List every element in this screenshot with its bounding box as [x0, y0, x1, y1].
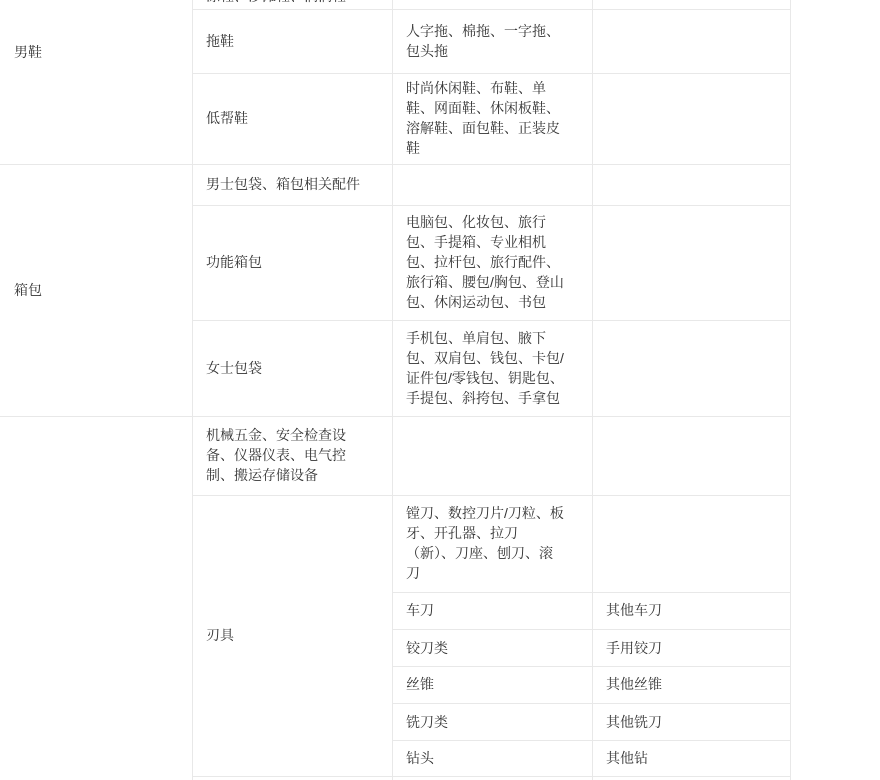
grid-line-h	[392, 703, 790, 704]
cell-cat2-cutting-tools: 刃具	[206, 625, 234, 645]
cell-cat3-slipper-types: 人字拖、棉拖、一字拖、 包头拖	[406, 21, 560, 61]
cell-cat3-milling-cutters: 铣刀类	[406, 712, 448, 732]
cell-cat1-luggage-bags: 箱包	[14, 280, 42, 300]
cell-cat2-womens-bags: 女士包袋	[206, 358, 262, 378]
category-table: 男鞋 箱包 凉鞋、沙滩鞋、洞洞鞋 拖鞋 人字拖、棉拖、一字拖、 包头拖 低帮鞋 …	[0, 0, 880, 780]
cell-cat3-low-top-types: 时尚休闲鞋、布鞋、单 鞋、网面鞋、休闲板鞋、 溶解鞋、面包鞋、正装皮 鞋	[406, 78, 560, 158]
grid-line-h	[192, 205, 790, 206]
cell-cat3-drill-bits: 钻头	[406, 748, 434, 768]
grid-line-v-col2	[392, 0, 393, 780]
cell-cat3-boring-tools: 镗刀、数控刀片/刀粒、板 牙、开孔器、拉刀 （新）、刀座、刨刀、滚 刀	[406, 503, 564, 583]
grid-line-h	[392, 740, 790, 741]
grid-line-h	[192, 776, 790, 777]
grid-line-v-right	[790, 0, 791, 780]
cell-cat4-other-drills: 其他钻	[606, 748, 648, 768]
cell-cat4-other-taps: 其他丝锥	[606, 674, 662, 694]
cell-cat3-reamers: 铰刀类	[406, 638, 448, 658]
cell-cat4-other-turning-tools: 其他车刀	[606, 600, 662, 620]
grid-line-h-section	[0, 164, 790, 165]
grid-line-h	[392, 629, 790, 630]
grid-line-h	[192, 73, 790, 74]
cell-cat4-hand-reamers: 手用铰刀	[606, 638, 662, 658]
cell-cat3-functional-bag-types: 电脑包、化妆包、旅行 包、手提箱、专业相机 包、拉杆包、旅行配件、 旅行箱、腰包…	[406, 212, 564, 312]
cell-cat4-other-milling-cutters: 其他铣刀	[606, 712, 662, 732]
cell-cat2-partial-top: 凉鞋、沙滩鞋、洞洞鞋	[206, 0, 346, 6]
cell-cat3-turning-tools: 车刀	[406, 600, 434, 620]
cell-cat2-low-top-shoes: 低帮鞋	[206, 108, 248, 128]
grid-line-h-section	[0, 416, 790, 417]
grid-line-h	[192, 9, 790, 10]
grid-line-h	[392, 666, 790, 667]
grid-line-v-col3	[592, 0, 593, 780]
grid-line-h	[192, 320, 790, 321]
cell-cat3-womens-bag-types: 手机包、单肩包、腋下 包、双肩包、钱包、卡包/ 证件包/零钱包、钥匙包、 手提包…	[406, 328, 564, 408]
cell-cat3-taps: 丝锥	[406, 674, 434, 694]
cell-cat2-machinery-hardware: 机械五金、安全检查设 备、仪器仪表、电气控 制、搬运存储设备	[206, 425, 346, 485]
grid-line-h	[192, 495, 790, 496]
cell-cat2-mens-bags: 男士包袋、箱包相关配件	[206, 174, 360, 194]
cell-cat2-slippers: 拖鞋	[206, 31, 234, 51]
cell-cat2-functional-bags: 功能箱包	[206, 252, 262, 272]
grid-line-v-col1	[192, 0, 193, 780]
cell-cat1-men-shoes: 男鞋	[14, 42, 42, 62]
grid-line-h	[392, 592, 790, 593]
